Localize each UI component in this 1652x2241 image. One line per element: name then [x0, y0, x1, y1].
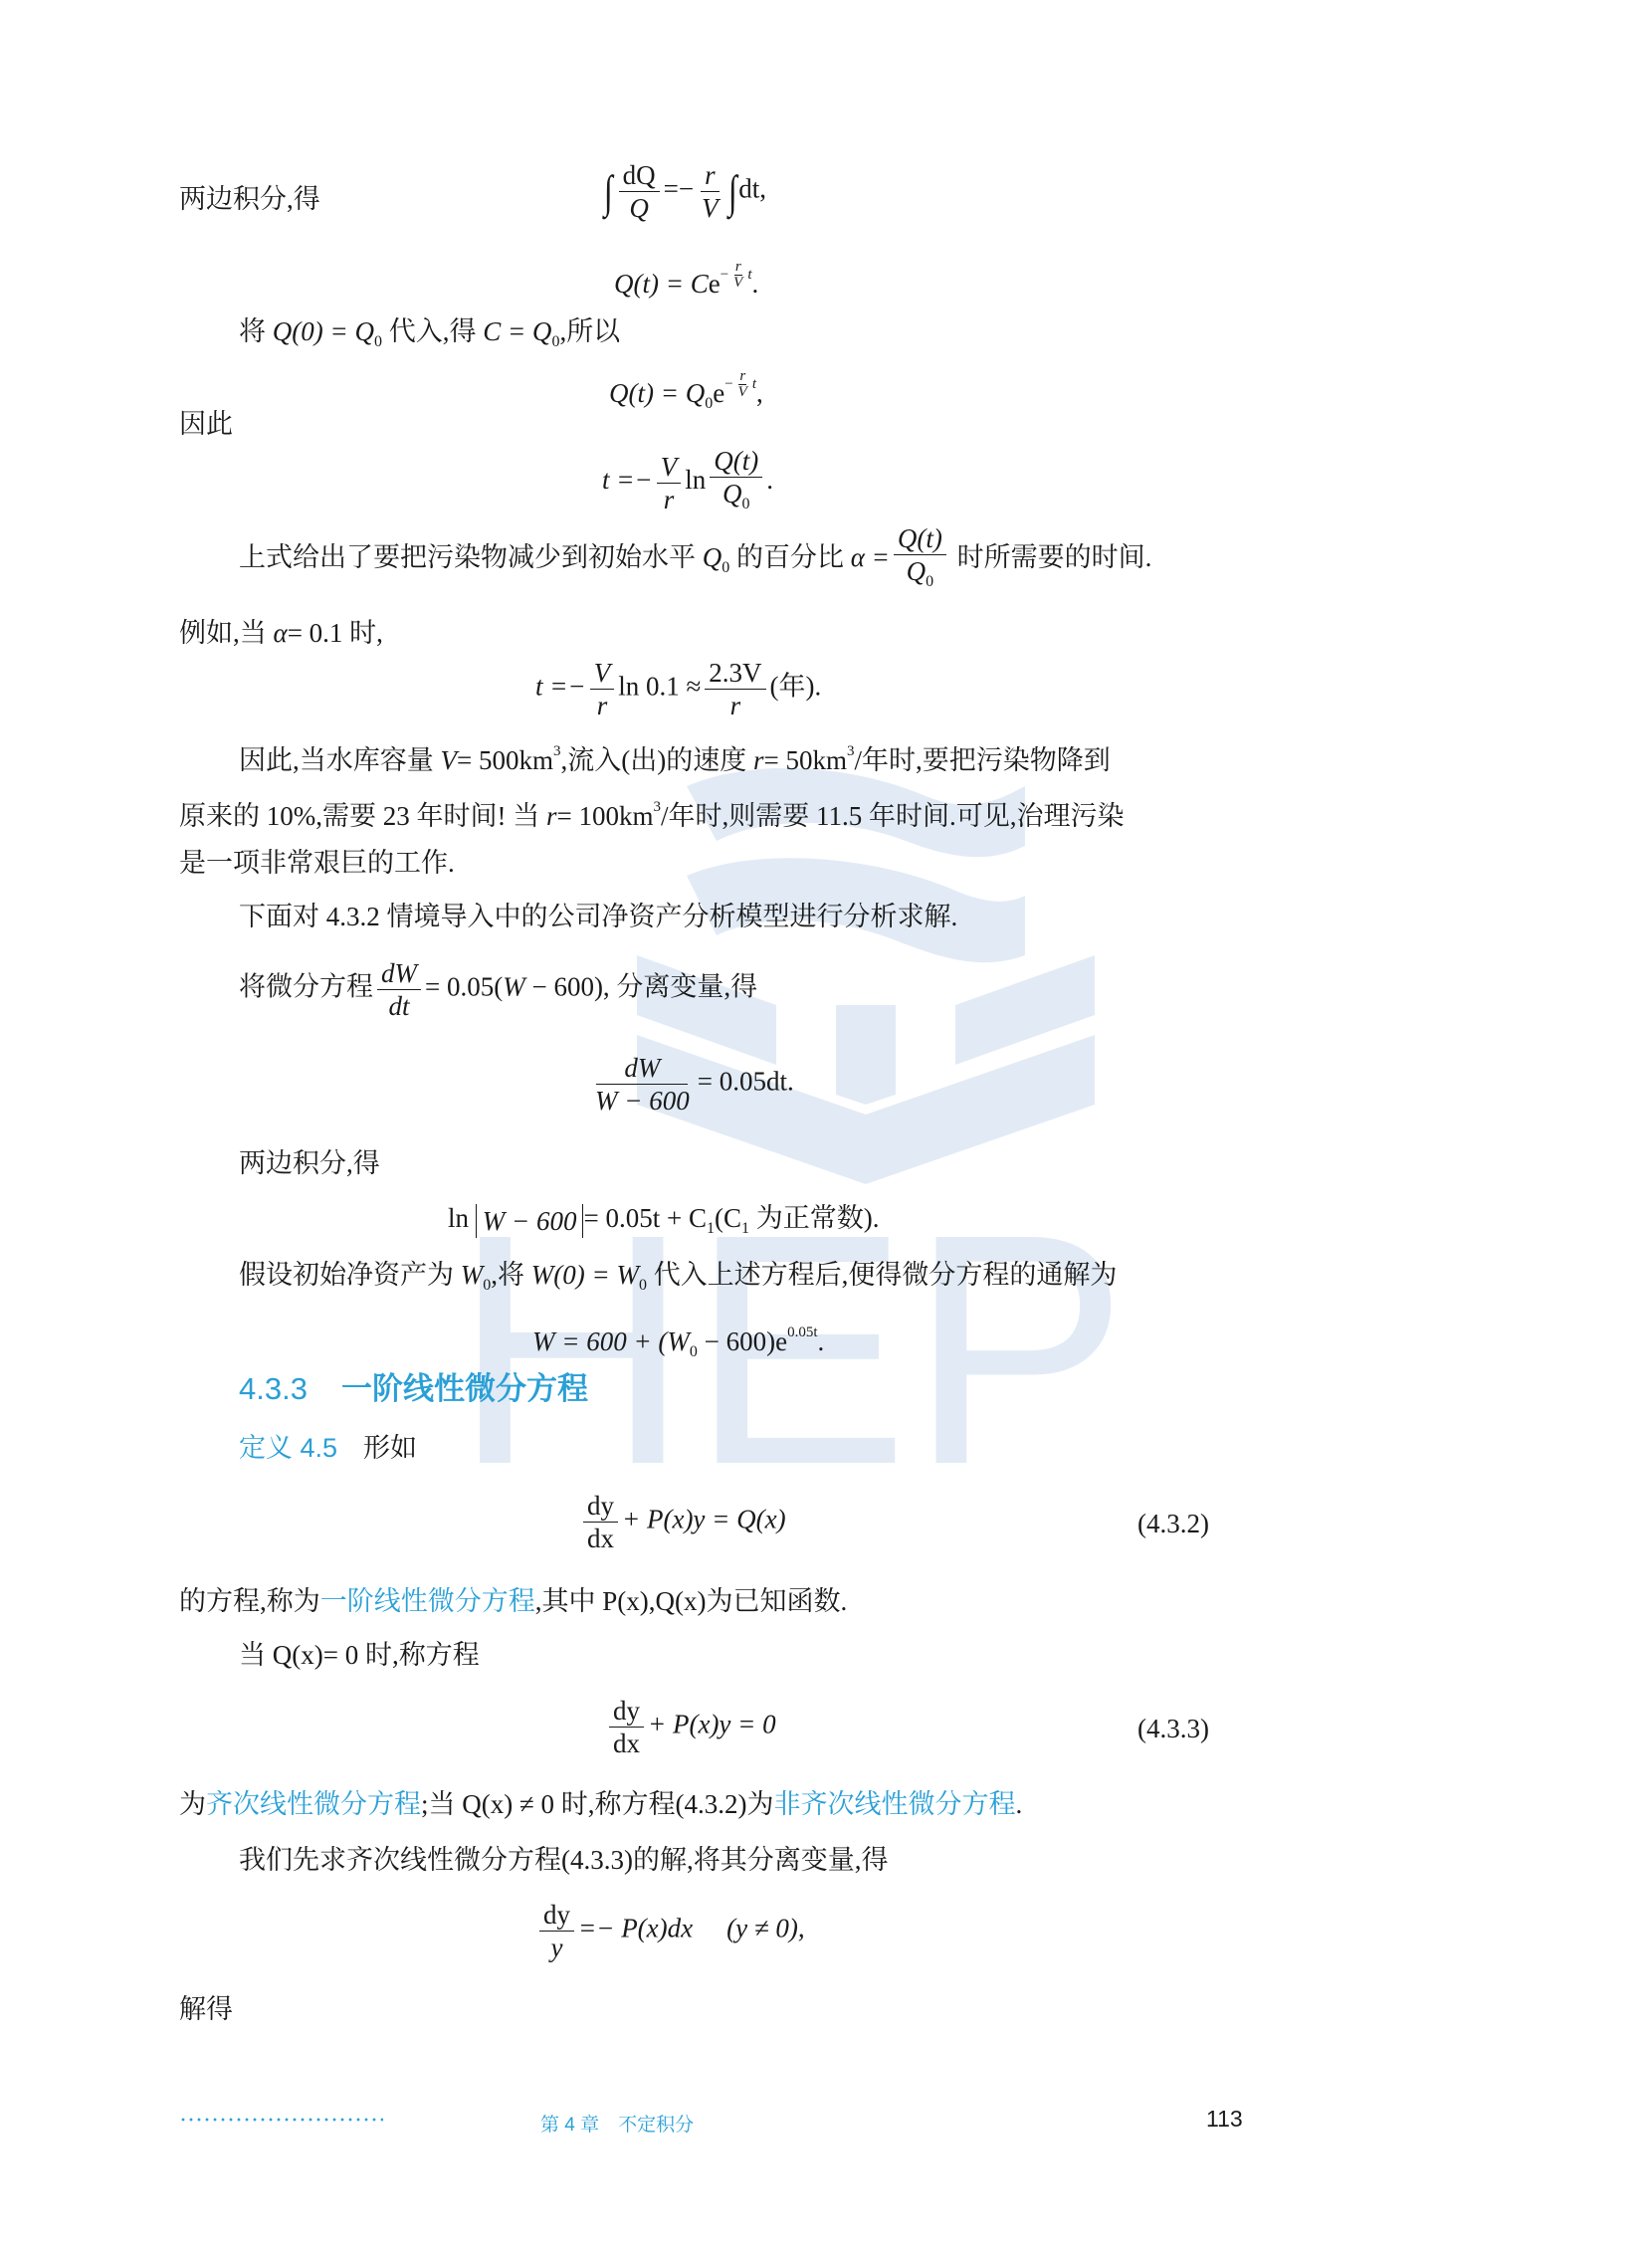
- paragraph-therefore: 因此: [179, 406, 233, 442]
- equation-log-abs: ln W − 600= 0.05t + C1(C1 为正常数).: [448, 1200, 879, 1247]
- definition-4-5: 定义 4.5形如: [239, 1430, 417, 1466]
- equation-separated-dy-y: dyy=− P(x)dx(y ≠ 0),: [535, 1899, 805, 1963]
- paragraph-net-asset-intro: 下面对 4.3.2 情境导入中的公司净资产分析模型进行分析求解.: [239, 899, 957, 934]
- equation-q-of-t-general: Q(t) = Ce−rVt.: [614, 257, 758, 302]
- paragraph-integrate-both-sides-2: 两边积分,得: [239, 1145, 380, 1181]
- equation-number-4-3-3: (4.3.3): [1137, 1711, 1209, 1746]
- equation-4-3-3: dydx+ P(x)y = 0: [605, 1695, 776, 1759]
- paragraph-initial-net-asset: 假设初始净资产为 W0,将 W(0) = W0 代入上述方程后,便得微分方程的通…: [239, 1257, 1117, 1304]
- equation-4-3-2: dydx+ P(x)y = Q(x): [579, 1490, 786, 1554]
- equation-number-4-3-2: (4.3.2): [1137, 1506, 1209, 1541]
- equation-time-formula: t =−VrlnQ(t)Q0.: [602, 445, 773, 520]
- paragraph-substitute-q0: 将 Q(0) = Q0 代入,得 C = Q0,所以: [239, 313, 620, 360]
- section-heading-4-3-3: 4.3.3一阶线性微分方程: [239, 1371, 588, 1407]
- paragraph-separate-variables: 将微分方程dWdt= 0.05(W − 600), 分离变量,得: [239, 957, 757, 1022]
- equation-example-time: t =−Vrln 0.1 ≈2.3Vr(年).: [535, 657, 821, 721]
- paragraph-example-alpha: 例如,当 α= 0.1 时,: [179, 615, 383, 651]
- paragraph-reservoir-continued: 原来的 10%,需要 23 年时间! 当 r= 100km3/年时,则需要 11…: [179, 789, 1124, 834]
- paragraph-hard-work: 是一项非常艰巨的工作.: [179, 845, 455, 881]
- footer-chapter-title: 第 4 章 不定积分: [540, 2110, 694, 2137]
- term-homogeneous-linear: 齐次线性微分方程: [206, 1789, 421, 1819]
- paragraph-percentage-alpha: 上式给出了要把污染物减少到初始水平 Q0 的百分比 α =Q(t)Q0 时所需要…: [239, 522, 1151, 598]
- integral-sign-icon: ∫: [727, 174, 736, 210]
- paragraph-solution-yields: 解得: [179, 1991, 233, 2027]
- equation-separated-dw: dWW − 600= 0.05dt.: [587, 1052, 794, 1117]
- equation-integral-dq: ∫dQQ=−rV∫dt,: [602, 159, 766, 224]
- paragraph-when-q-zero: 当 Q(x)= 0 时,称方程: [239, 1637, 480, 1673]
- paragraph-solve-homogeneous: 我们先求齐次线性微分方程(4.3.3)的解,将其分离变量,得: [239, 1842, 888, 1878]
- term-first-order-linear: 一阶线性微分方程: [320, 1586, 535, 1616]
- equation-general-solution-w: W = 600 + (W0 − 600)e0.05t.: [532, 1315, 824, 1370]
- definition-label: 定义 4.5: [239, 1433, 337, 1463]
- term-nonhomogeneous-linear: 非齐次线性微分方程: [774, 1789, 1016, 1819]
- paragraph-reservoir-example: 因此,当水库容量 V= 500km3,流入(出)的速度 r= 50km3/年时,…: [239, 733, 1111, 778]
- page-number: 113: [1206, 2106, 1243, 2133]
- paragraph-homogeneous-def: 为齐次线性微分方程;当 Q(x) ≠ 0 时,称方程(4.3.2)为非齐次线性微…: [179, 1786, 1022, 1822]
- paragraph-integrate-both-sides: 两边积分,得: [179, 181, 320, 217]
- integral-sign-icon: ∫: [604, 174, 613, 210]
- equation-q-of-t-particular: Q(t) = Q0e−rVt,: [609, 366, 763, 422]
- paragraph-first-order-linear-def: 的方程,称为一阶线性微分方程,其中 P(x),Q(x)为已知函数.: [179, 1583, 847, 1619]
- footer-dotted-rule: [179, 2118, 383, 2122]
